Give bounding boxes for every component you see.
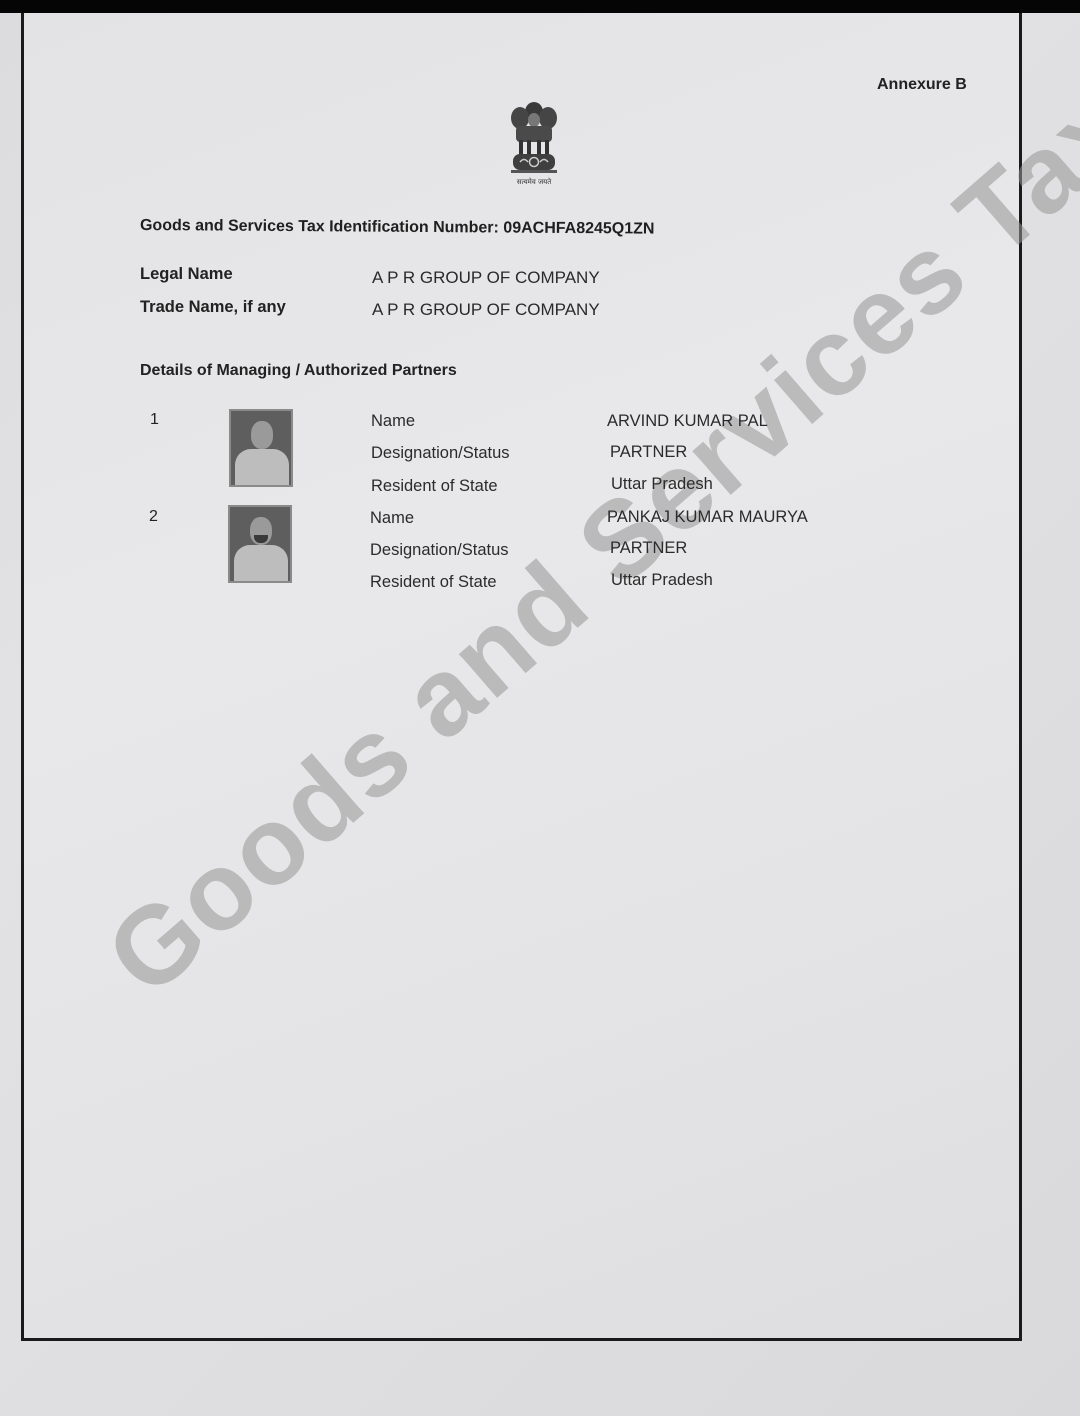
partner-name-label: Name bbox=[370, 509, 414, 528]
partner-state-label: Resident of State bbox=[370, 573, 497, 592]
partner-index: 1 bbox=[150, 411, 159, 429]
gstin-value: 09ACHFA8245Q1ZN bbox=[503, 220, 654, 238]
partner-name-value: PANKAJ KUMAR MAURYA bbox=[607, 508, 808, 527]
document-page-frame bbox=[21, 13, 1022, 1341]
partner-state-label: Resident of State bbox=[371, 477, 498, 496]
partner-photo bbox=[229, 409, 293, 487]
partner-index: 2 bbox=[149, 508, 158, 526]
partner-photo bbox=[228, 505, 292, 583]
partner-state-value: Uttar Pradesh bbox=[611, 571, 713, 590]
legal-name-label: Legal Name bbox=[140, 265, 233, 284]
gstin-label: Goods and Services Tax Identification Nu… bbox=[140, 217, 499, 237]
partner-designation-value: PARTNER bbox=[610, 539, 687, 558]
partner-designation-label: Designation/Status bbox=[370, 541, 509, 560]
partner-name-value: ARVIND KUMAR PAL bbox=[607, 412, 768, 431]
photo-top-edge bbox=[0, 0, 1080, 13]
svg-text:सत्यमेव जयते: सत्यमेव जयते bbox=[517, 177, 552, 186]
trade-name-label: Trade Name, if any bbox=[140, 298, 286, 317]
legal-name-value: A P R GROUP OF COMPANY bbox=[372, 268, 600, 288]
annexure-label: Annexure B bbox=[877, 76, 967, 94]
partners-heading: Details of Managing / Authorized Partner… bbox=[140, 362, 457, 380]
state-emblem-of-india-icon: सत्यमेव जयते bbox=[503, 96, 565, 186]
partner-designation-value: PARTNER bbox=[610, 443, 687, 462]
partner-state-value: Uttar Pradesh bbox=[611, 475, 713, 494]
partner-name-label: Name bbox=[371, 412, 415, 431]
gstin-line: Goods and Services Tax Identification Nu… bbox=[140, 217, 655, 239]
trade-name-value: A P R GROUP OF COMPANY bbox=[372, 300, 600, 320]
partner-designation-label: Designation/Status bbox=[371, 444, 510, 463]
